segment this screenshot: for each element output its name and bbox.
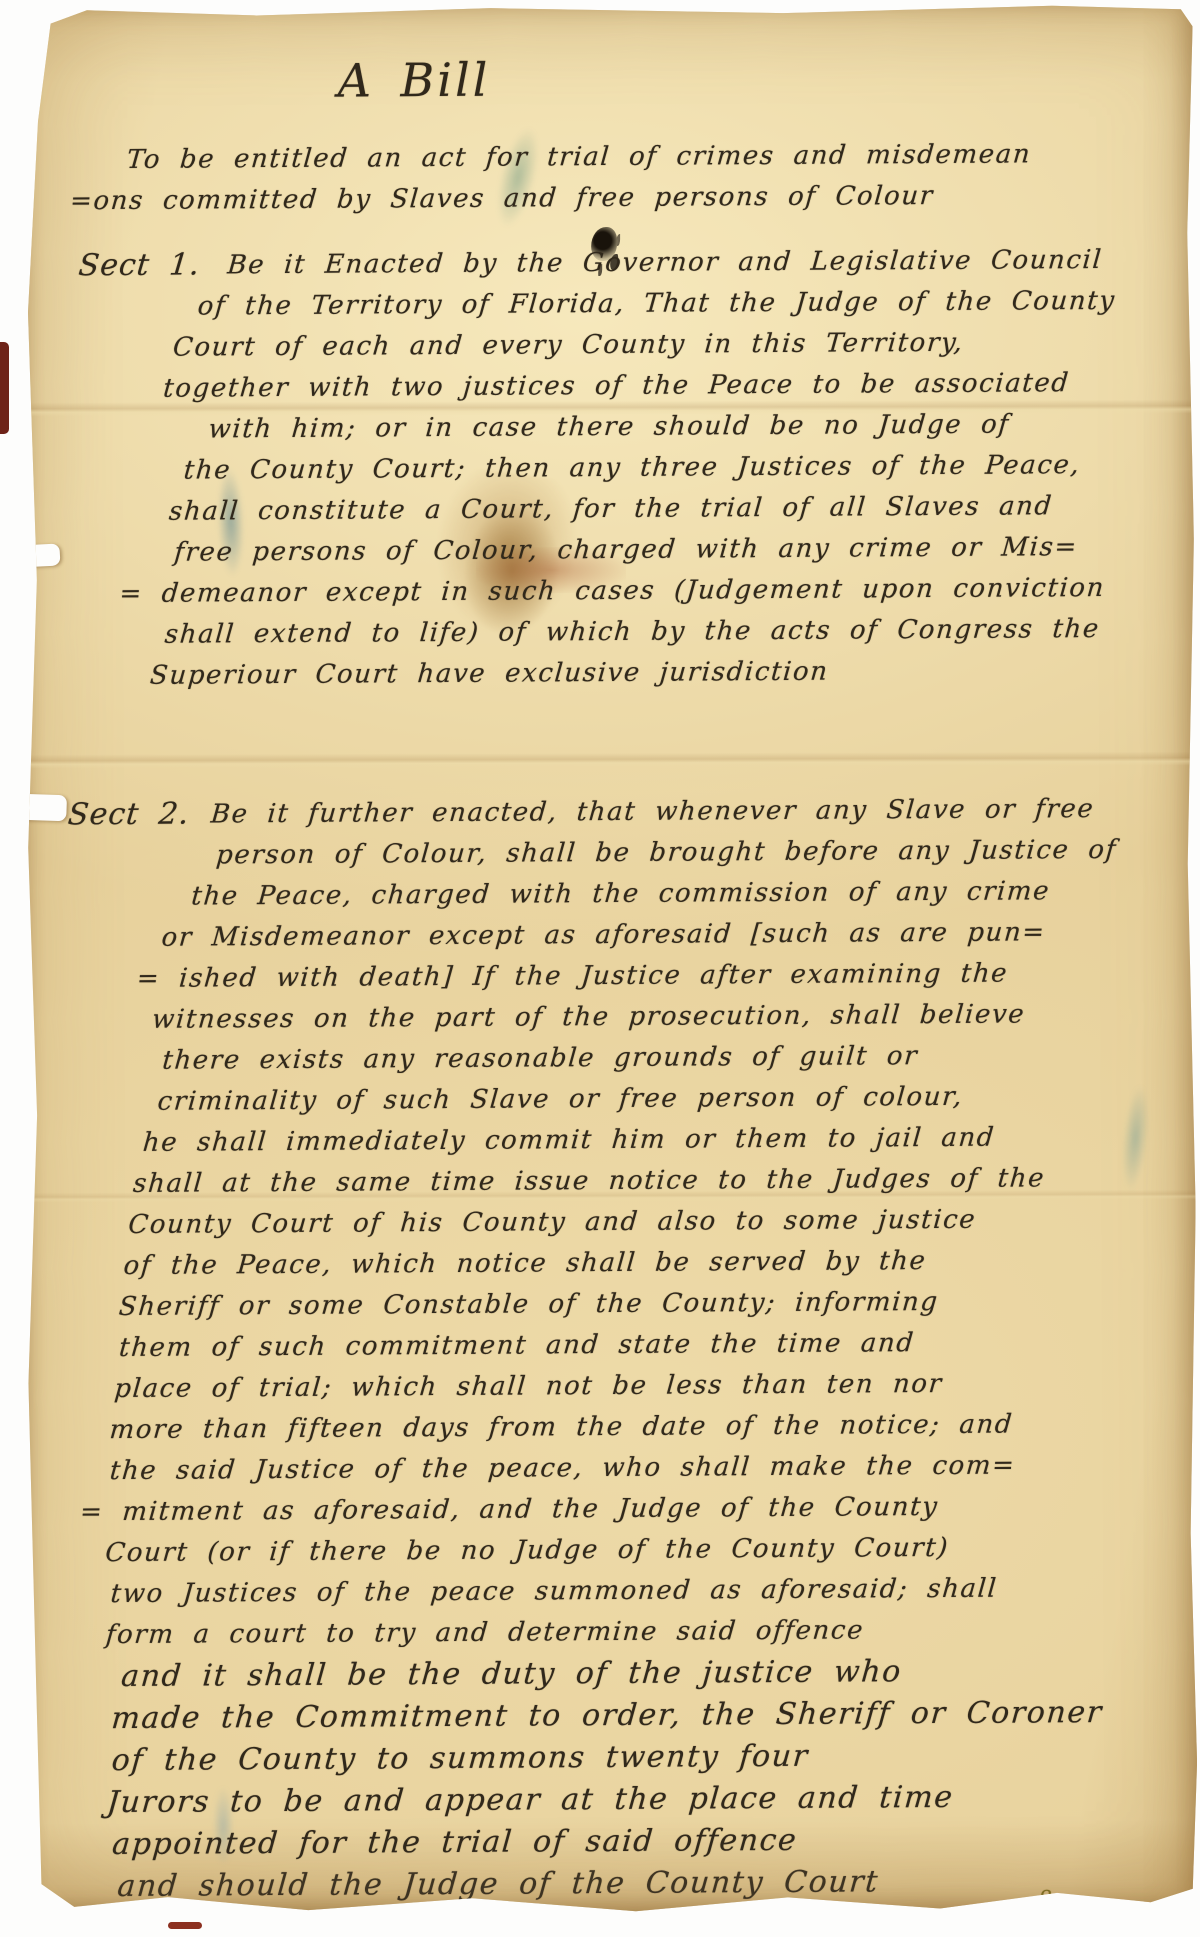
- manuscript-line: = ished with death] If the Justice after…: [135, 952, 1198, 999]
- manuscript-line: Court (or if there be no Judge of the Co…: [104, 1526, 1200, 1574]
- manuscript-line: person of Colour, shall be brought befor…: [214, 829, 1197, 876]
- manuscript-line: form a court to try and determine said o…: [104, 1608, 1200, 1656]
- section-2: Sect 2. Be it further enacted, that when…: [24, 788, 1200, 1908]
- manuscript-line: of the Territory of Florida, That the Ju…: [196, 280, 1194, 327]
- manuscript-line: Sheriff or some Constable of the County;…: [117, 1280, 1200, 1328]
- scan-edge-mark: [0, 342, 9, 434]
- manuscript-line: with him; or in case there should be no …: [207, 403, 1195, 450]
- manuscript-line: Jurors to be and appear at the place and…: [105, 1775, 1200, 1824]
- manuscript-line: Be it further enacted, that whenever any…: [209, 788, 1197, 835]
- document-title: A Bill: [337, 43, 1189, 112]
- preamble-line: =ons committed by Slaves and free person…: [68, 174, 1193, 222]
- manuscript-line: Superiour Court have exclusive jurisdict…: [148, 649, 1196, 696]
- manuscript-line: place of trial; which shall not be less …: [113, 1362, 1200, 1410]
- manuscript-line: the County Court; then any three Justice…: [182, 444, 1195, 491]
- manuscript-line: shall extend to life) of which by the ac…: [163, 608, 1196, 655]
- manuscript-line: together with two justices of the Peace …: [162, 362, 1195, 409]
- manuscript-line: of the Peace, which notice shall be serv…: [122, 1239, 1200, 1287]
- scan-edge-mark: [168, 1922, 202, 1929]
- section-2-label: Sect 2.: [66, 797, 191, 833]
- manuscript-line: them of such commitment and state the ti…: [117, 1321, 1200, 1369]
- manuscript-line: the Peace, charged with the commission o…: [190, 870, 1198, 917]
- manuscript-page: A Bill To be entitled an act for trial o…: [22, 3, 1197, 1918]
- manuscript-line: witnesses on the part of the prosecution…: [150, 993, 1198, 1040]
- manuscript-line: Court of each and every County in this T…: [171, 321, 1194, 368]
- manuscript-line: criminality of such Slave or free person…: [156, 1075, 1199, 1122]
- manuscript-content: A Bill To be entitled an act for trial o…: [19, 1, 1200, 1920]
- manuscript-line: the said Justice of the peace, who shall…: [108, 1444, 1200, 1492]
- manuscript-line: and it shall be the duty of the justice …: [119, 1649, 1200, 1698]
- manuscript-line: more than fifteen days from the date of …: [108, 1403, 1200, 1451]
- manuscript-line: appointed for the trial of said offence: [111, 1817, 1200, 1866]
- manuscript-line: Be it Enacted by the Governor and Legisl…: [226, 239, 1194, 286]
- manuscript-line: or Misdemeanor except as aforesaid [such…: [160, 911, 1198, 958]
- manuscript-line: of the County to summons twenty four: [110, 1733, 1200, 1782]
- manuscript-line: two Justices of the peace summoned as af…: [109, 1567, 1200, 1615]
- manuscript-line: shall at the same time issue notice to t…: [131, 1157, 1199, 1205]
- section-1-label: Sect 1.: [77, 247, 202, 283]
- preamble: To be entitled an act for trial of crime…: [20, 133, 1190, 222]
- preamble-line: To be entitled an act for trial of crime…: [125, 133, 1193, 181]
- manuscript-line: there exists any reasonable grounds of g…: [161, 1034, 1199, 1081]
- manuscript-line: he shall immediately commit him or them …: [141, 1116, 1199, 1163]
- manuscript-line: County Court of his County and also to s…: [127, 1198, 1200, 1246]
- manuscript-line: = demeanor except in such cases (Judgeme…: [118, 567, 1196, 615]
- manuscript-line: free persons of Colour, charged with any…: [173, 526, 1196, 573]
- manuscript-line: = mitment as aforesaid, and the Judge of…: [78, 1485, 1200, 1533]
- manuscript-line: shall constitute a Court, for the trial …: [167, 485, 1195, 532]
- manuscript-line: made the Commitment to order, the Sherif…: [110, 1691, 1200, 1740]
- section-1: Sect 1. Be it Enacted by the Governor an…: [21, 239, 1194, 697]
